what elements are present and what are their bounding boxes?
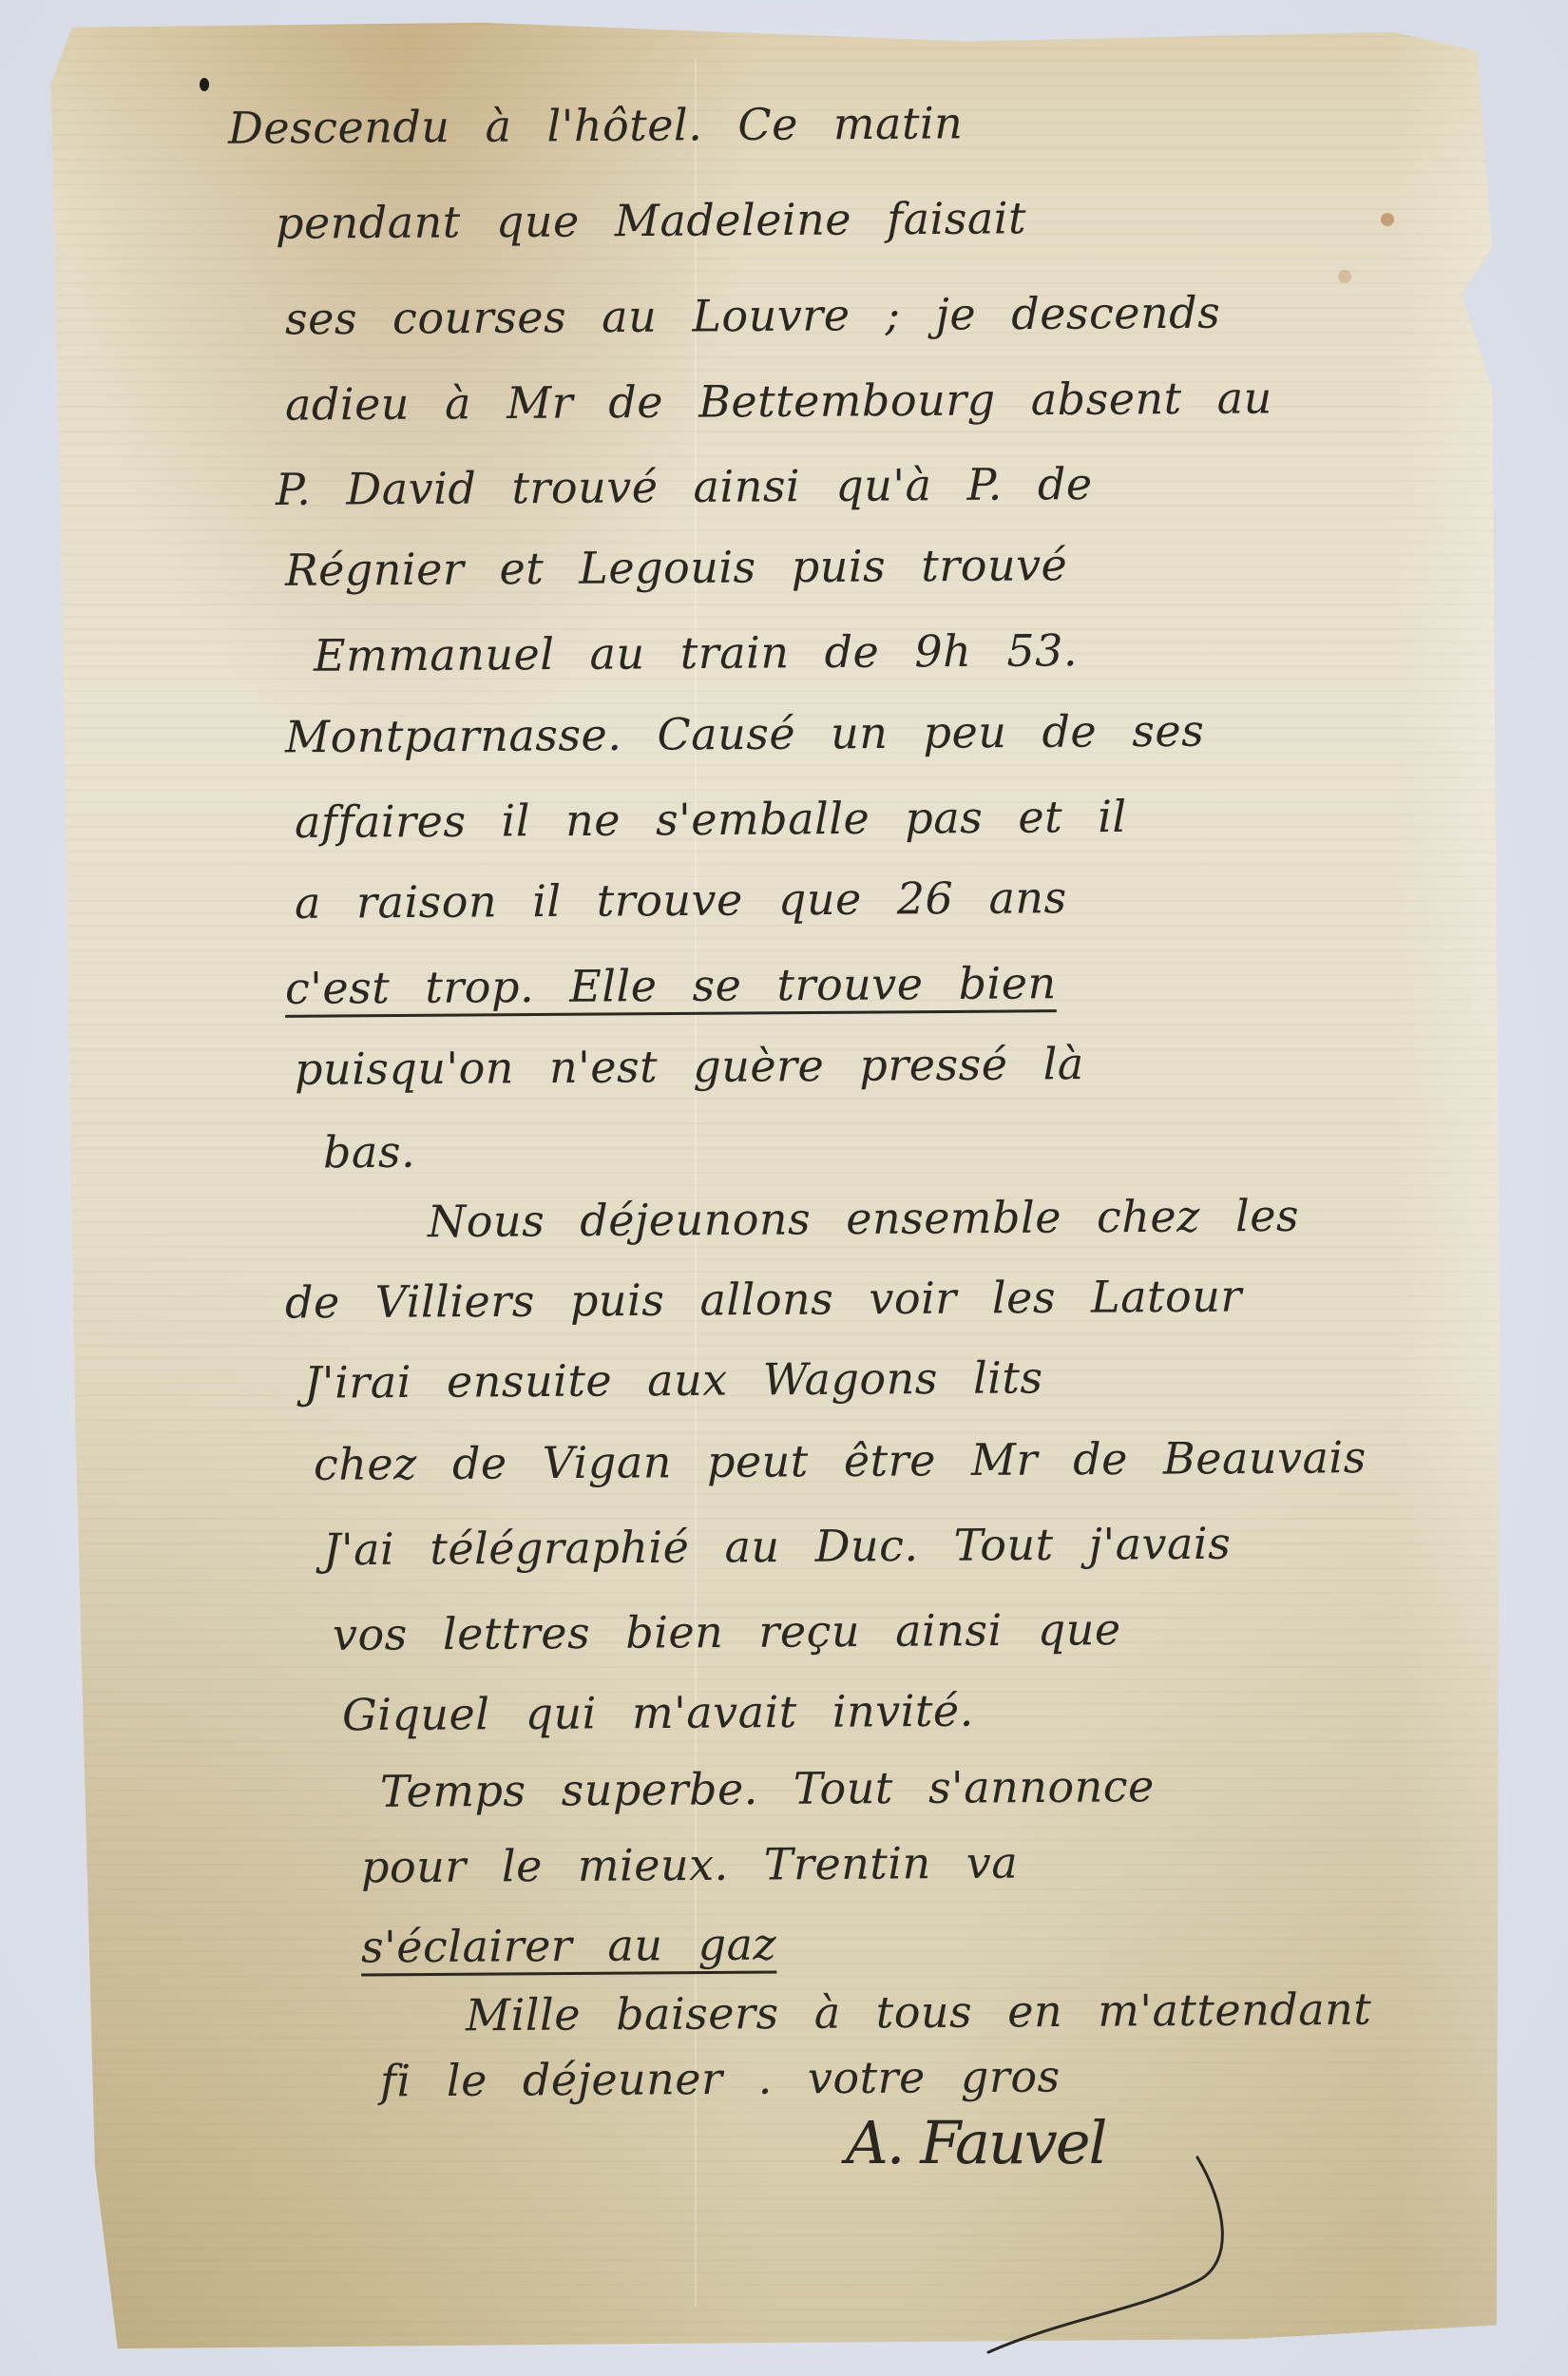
letter-line-12: puisqu'on n'est guère pressé là bbox=[295, 1038, 1084, 1095]
letter-line-14: Nous déjeunons ensemble chez les bbox=[428, 1190, 1299, 1247]
letter-line-20: Giquel qui m'avait invité. bbox=[342, 1685, 974, 1741]
letter-line-25: fi le déjeuner . votre gros bbox=[380, 2051, 1061, 2107]
letter-line-4: adieu à Mr de Bettembourg absent au bbox=[285, 372, 1272, 430]
letter-line-22: pour le mieux. Trentin va bbox=[361, 1837, 1019, 1893]
letter-line-18: J'ai télégraphié au Duc. Tout j'avais bbox=[323, 1518, 1232, 1576]
letter-line-6: Régnier et Legouis puis trouvé bbox=[285, 539, 1068, 596]
letter-line-1: Descendu à l'hôtel. Ce matin bbox=[228, 97, 964, 153]
letter-line-15: de Villiers puis allons voir les Latour bbox=[285, 1270, 1242, 1328]
letter-line-21: Temps superbe. Tout s'annonce bbox=[380, 1760, 1155, 1817]
letter-line-13: bas. bbox=[323, 1126, 415, 1178]
letter-line-2: pendant que Madeleine faisait bbox=[276, 192, 1026, 249]
letter-line-3: ses courses au Louvre ; je descends bbox=[285, 287, 1221, 345]
letter-line-5: P. David trouvé ainsi qu'à P. de bbox=[276, 458, 1093, 515]
letter-line-23: s'éclairer au gaz bbox=[361, 1918, 777, 1972]
letter-line-19: vos lettres bien reçu ainsi que bbox=[333, 1603, 1121, 1660]
letter-line-10: a raison il trouve que 26 ans bbox=[295, 872, 1067, 929]
letter-line-8: Montparnasse. Causé un peu de ses bbox=[285, 705, 1205, 763]
letter-line-9: affaires il ne s'emballe pas et il bbox=[295, 791, 1127, 848]
signature-flourish bbox=[950, 2129, 1273, 2357]
letter-line-7: Emmanuel au train de 9h 53. bbox=[314, 624, 1078, 681]
letter-line-17: chez de Vigan peut être Mr de Beauvais bbox=[314, 1431, 1367, 1490]
letter-line-16: J'irai ensuite aux Wagons lits bbox=[304, 1351, 1043, 1408]
letter-line-11: c'est trop. Elle se trouve bien bbox=[285, 957, 1057, 1014]
letter-body: Descendu à l'hôtel. Ce matin pendant que… bbox=[0, 0, 1568, 2376]
letter-line-24: Mille baisers à tous en m'attendant bbox=[466, 1983, 1372, 2041]
